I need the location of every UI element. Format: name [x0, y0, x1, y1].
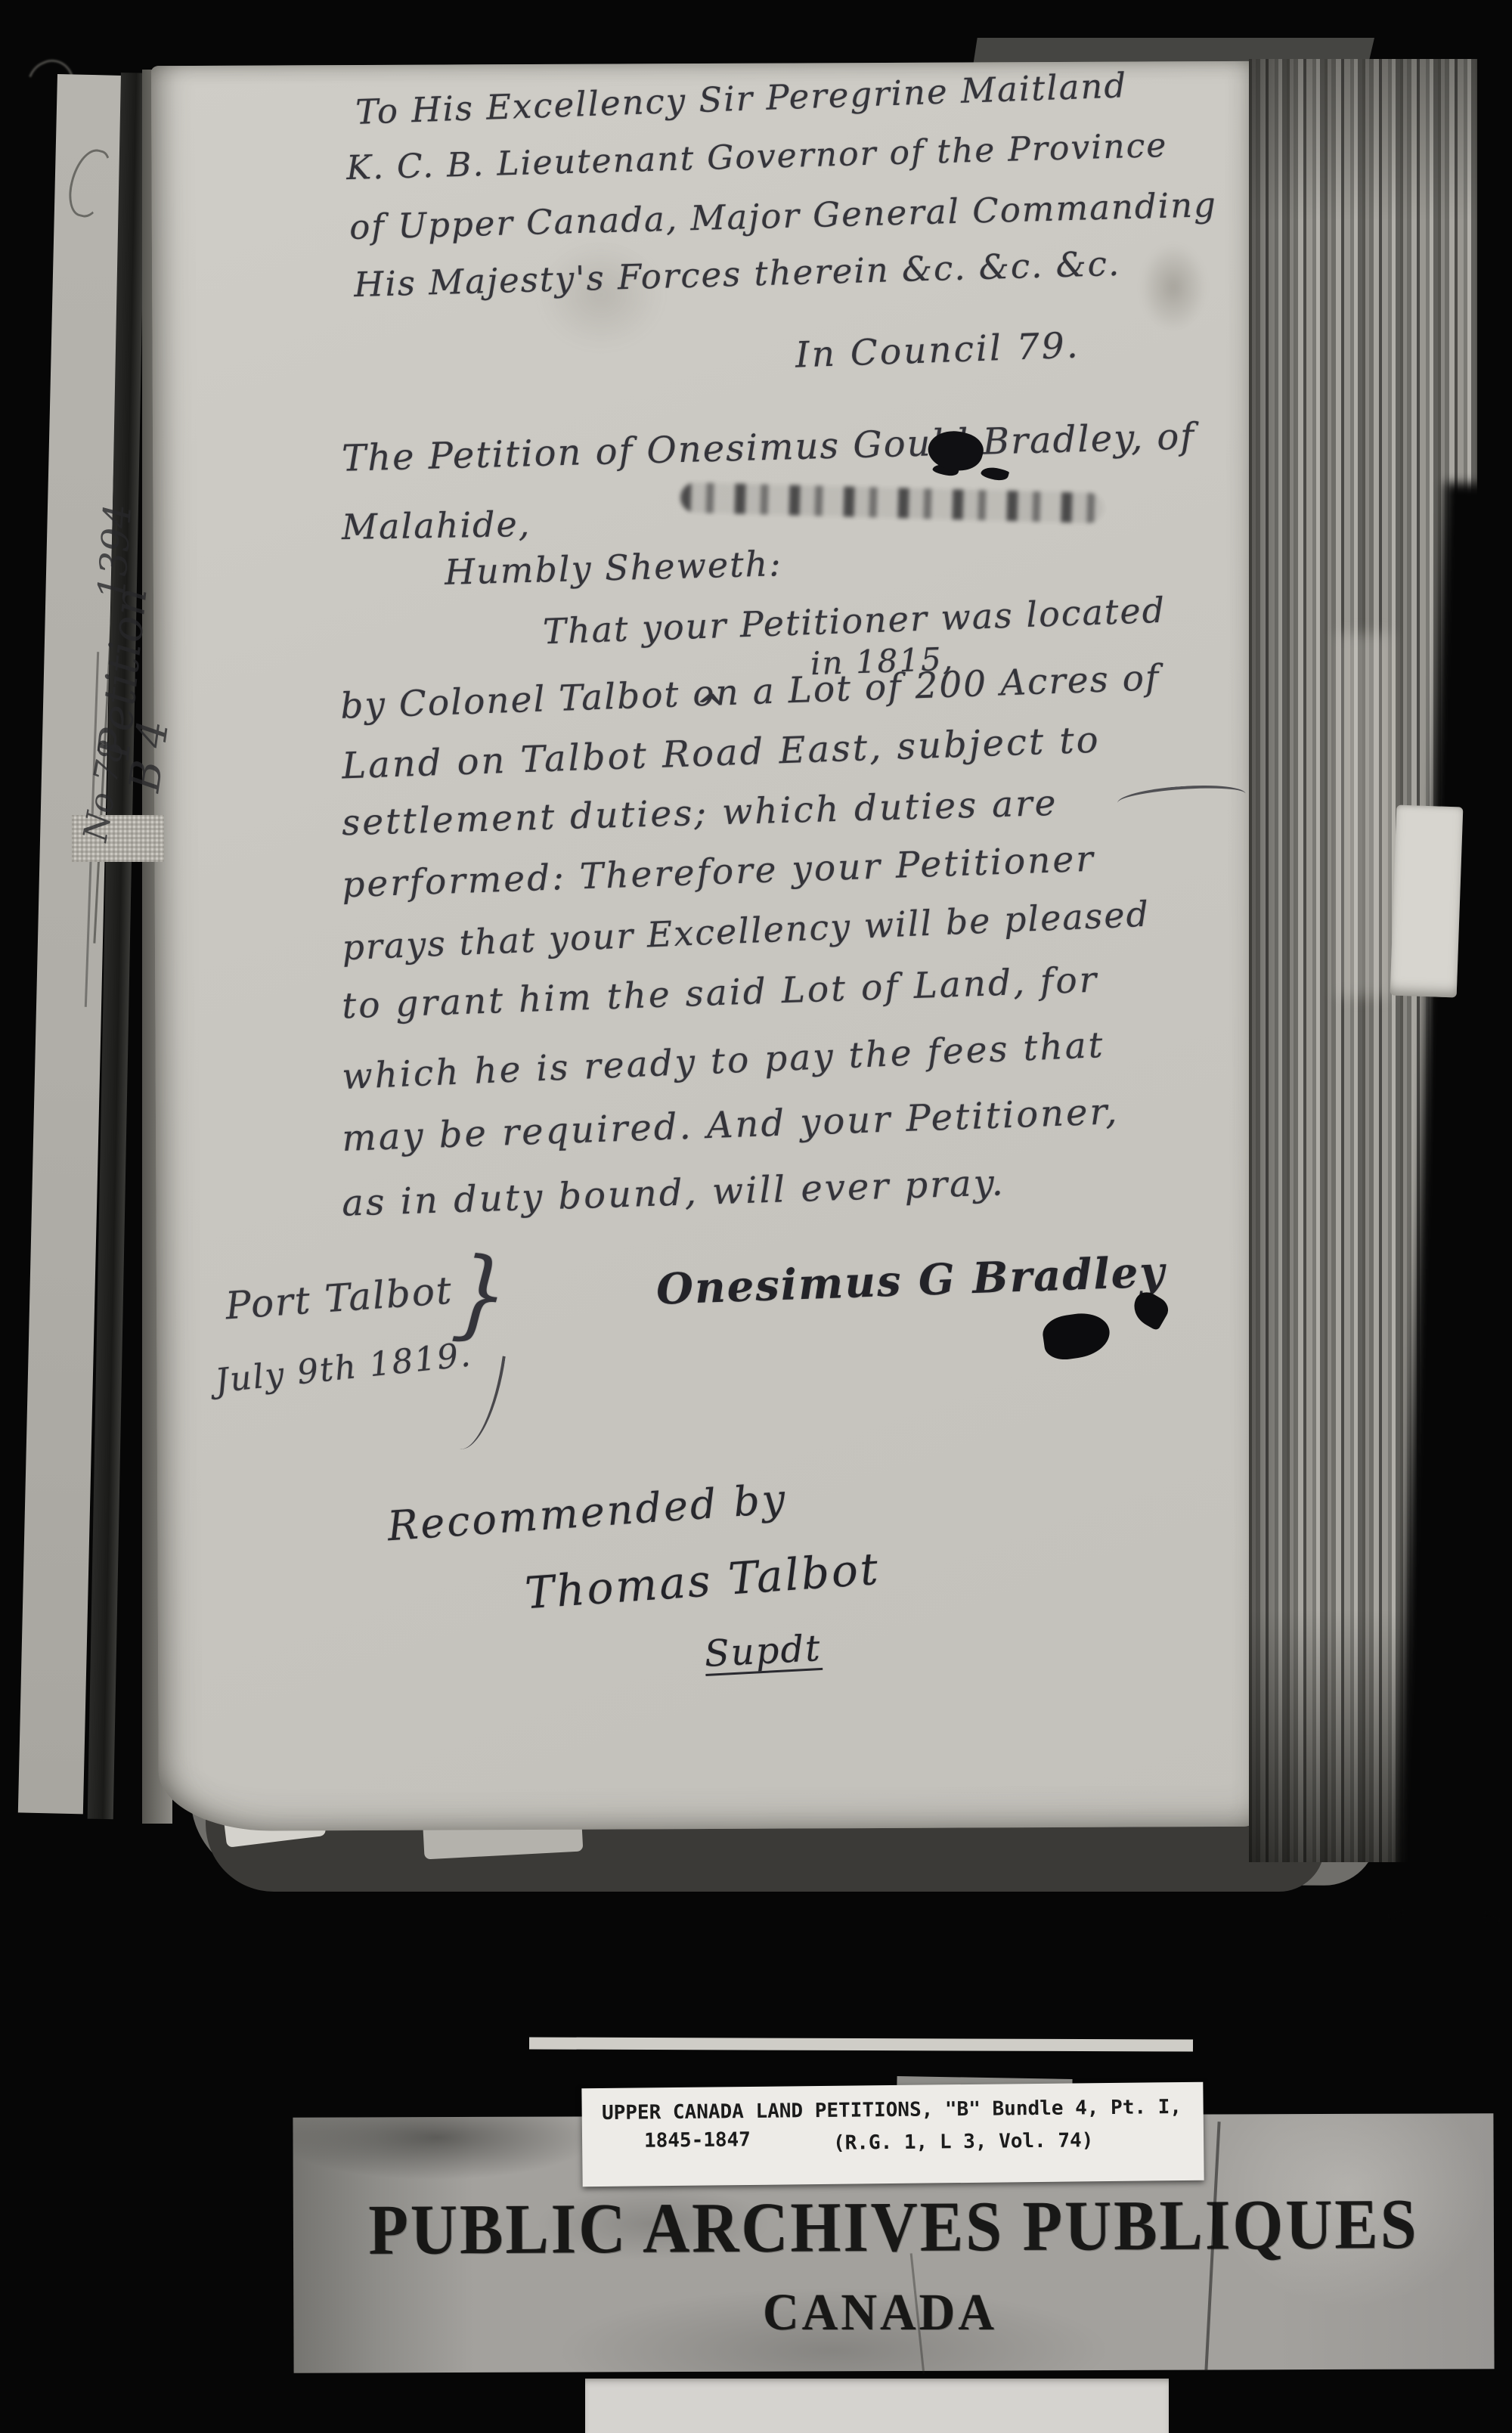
page-tab: [1390, 805, 1464, 998]
card-top-sliver: [529, 2037, 1193, 2051]
township-line: Malahide,: [342, 507, 531, 544]
stamp-text-canada: CANADA: [280, 2286, 1480, 2338]
page-stain-top-right: [1128, 227, 1219, 348]
microfilm-frame: 1394 Petition B 4 No 78 To His Excellenc…: [0, 0, 1512, 2433]
label-reference: (R.G. 1, L 3, Vol. 74): [833, 2129, 1094, 2155]
docket-bundle: B 4: [124, 718, 176, 794]
bottom-film-strip: [585, 2379, 1169, 2433]
stacked-edges-light-patch: [1337, 634, 1391, 996]
stamp-text-bilingual: PUBLIC ARCHIVES PUBLIQUES: [293, 2187, 1494, 2266]
salutation-line: Humbly Sheweth:: [444, 546, 782, 590]
dateline-brace: }: [450, 1244, 512, 1346]
recommender-title: Supdt: [704, 1630, 823, 1676]
council-note: In Council 79.: [795, 327, 1080, 373]
label-years: 1845-1847: [644, 2128, 751, 2152]
